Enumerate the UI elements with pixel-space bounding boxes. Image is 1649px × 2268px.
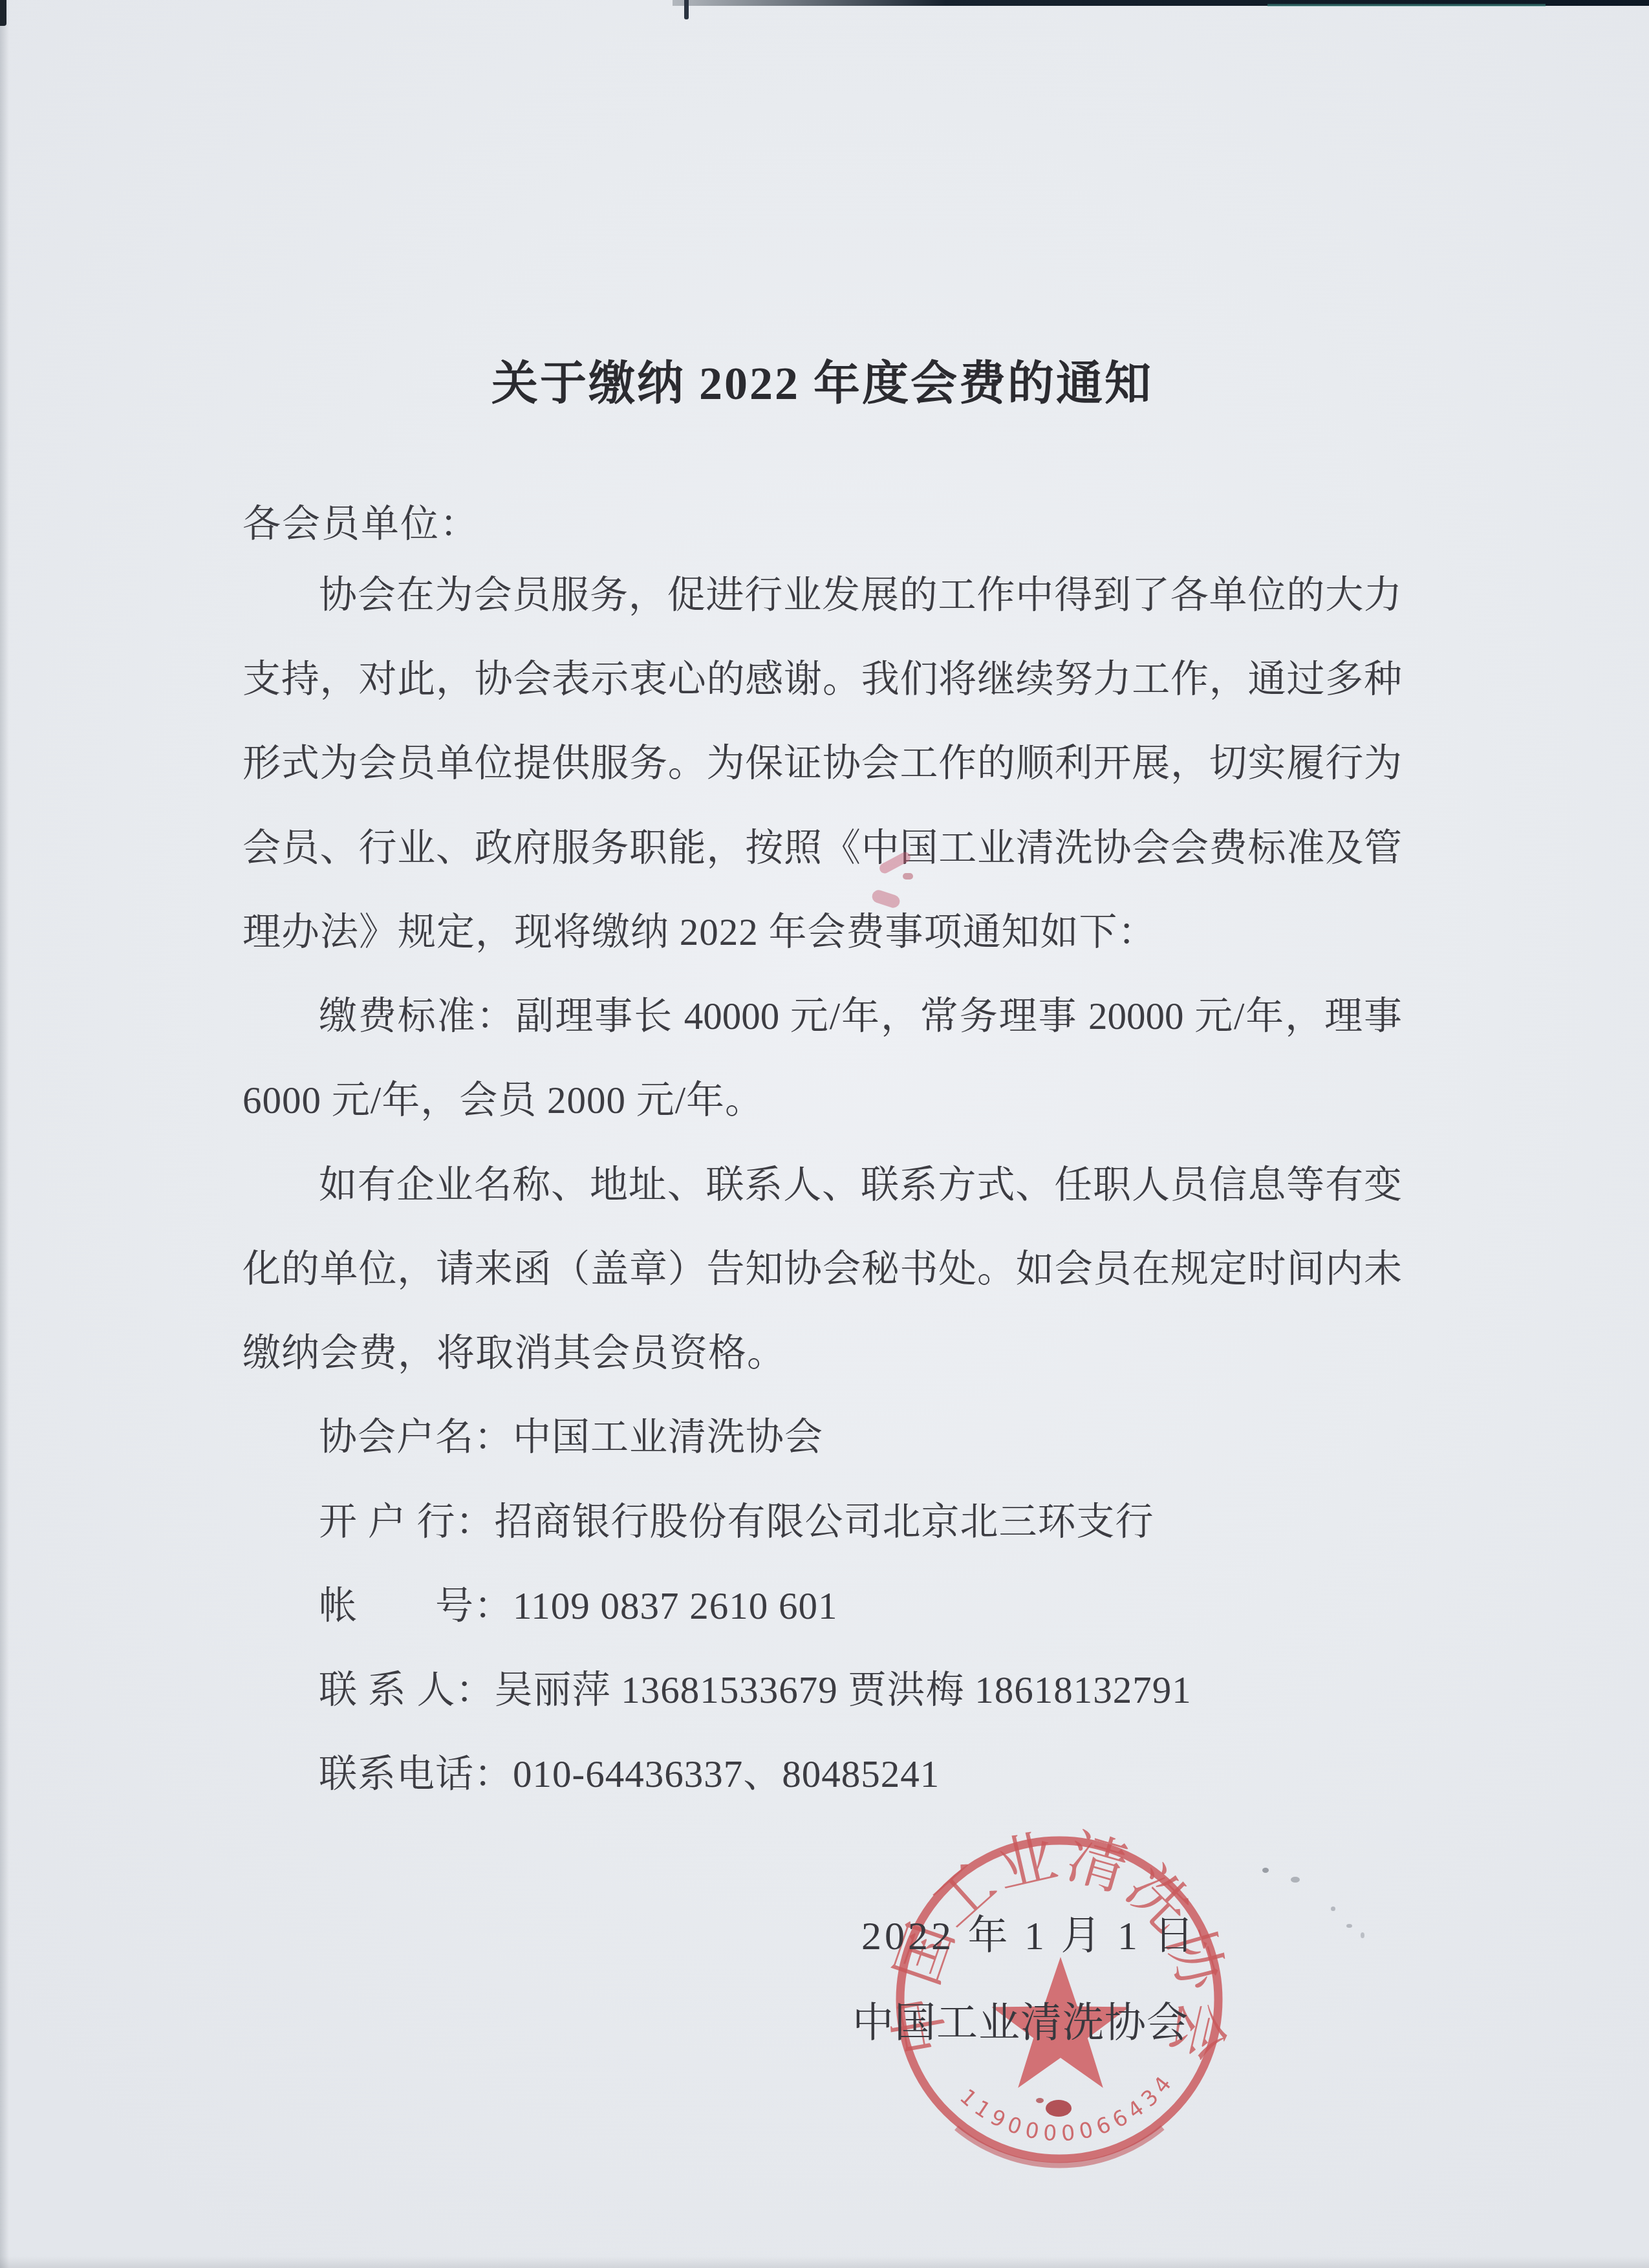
account-number-line: 帐 号：1109 0837 2610 601	[242, 1586, 1402, 1626]
scan-speck	[1346, 1924, 1352, 1928]
scan-corner-mark	[0, 0, 6, 26]
scan-edge-tick	[684, 0, 689, 19]
body-line: 缴纳会费，将取消其会员资格。	[242, 1333, 1402, 1373]
red-ink-smudge	[870, 889, 901, 910]
seal-ink-speck	[1036, 2098, 1044, 2103]
signature: 中国工业清洗协会	[852, 2001, 1189, 2045]
scanned-notice-page: 关于缴纳 2022 年度会费的通知 各会员单位： 协会在为会员服务，促进行业发展…	[0, 0, 1649, 2268]
red-ink-smudge	[903, 873, 913, 880]
body-line: 如有企业名称、地址、联系人、联系方式、任职人员信息等有变	[242, 1165, 1402, 1205]
body-line: 支持，对此，协会表示衷心的感谢。我们将继续努力工作，通过多种	[242, 659, 1402, 699]
scan-top-teal-line	[1267, 4, 1546, 6]
seal-ink-blot	[1046, 2100, 1072, 2117]
scan-left-edge-shadow	[0, 0, 9, 2268]
date: 2022 年 1 月 1 日	[861, 1915, 1198, 1958]
contact-phone-line: 联系电话：010-64436337、80485241	[242, 1754, 1402, 1794]
body-line: 缴费标准：副理事长 40000 元/年，常务理事 20000 元/年，理事	[242, 996, 1402, 1036]
scan-bottom-shadow	[0, 2256, 1649, 2268]
body-line: 形式为会员单位提供服务。为保证协会工作的顺利开展，切实履行为	[242, 743, 1402, 783]
account-name-line: 协会户名：中国工业清洗协会	[242, 1417, 1402, 1457]
scan-speck	[1291, 1877, 1300, 1883]
body-line: 化的单位，请来函（盖章）告知协会秘书处。如会员在规定时间内未	[242, 1249, 1402, 1289]
contact-person-line: 联 系 人：吴丽萍 13681533679 贾洪梅 18618132791	[242, 1670, 1402, 1710]
body-line: 会员、行业、政府服务职能，按照《中国工业清洗协会会费标准及管	[242, 828, 1402, 868]
body-line: 协会在为会员服务，促进行业发展的工作中得到了各单位的大力	[242, 575, 1402, 615]
seal-graphic: 中国工业清洗协会 1190000066434	[882, 1822, 1236, 2165]
scan-top-dark-band	[673, 0, 1649, 6]
scan-speck	[1361, 1932, 1364, 1938]
scan-speck	[1331, 1906, 1335, 1911]
page-title: 关于缴纳 2022 年度会费的通知	[242, 358, 1402, 409]
scan-speck	[1262, 1868, 1269, 1873]
bank-line: 开 户 行：招商银行股份有限公司北京北三环支行	[242, 1502, 1402, 1542]
body-line: 理办法》规定，现将缴纳 2022 年会费事项通知如下：	[242, 912, 1402, 952]
salutation: 各会员单位：	[242, 504, 479, 544]
body-line: 6000 元/年，会员 2000 元/年。	[242, 1080, 1402, 1120]
